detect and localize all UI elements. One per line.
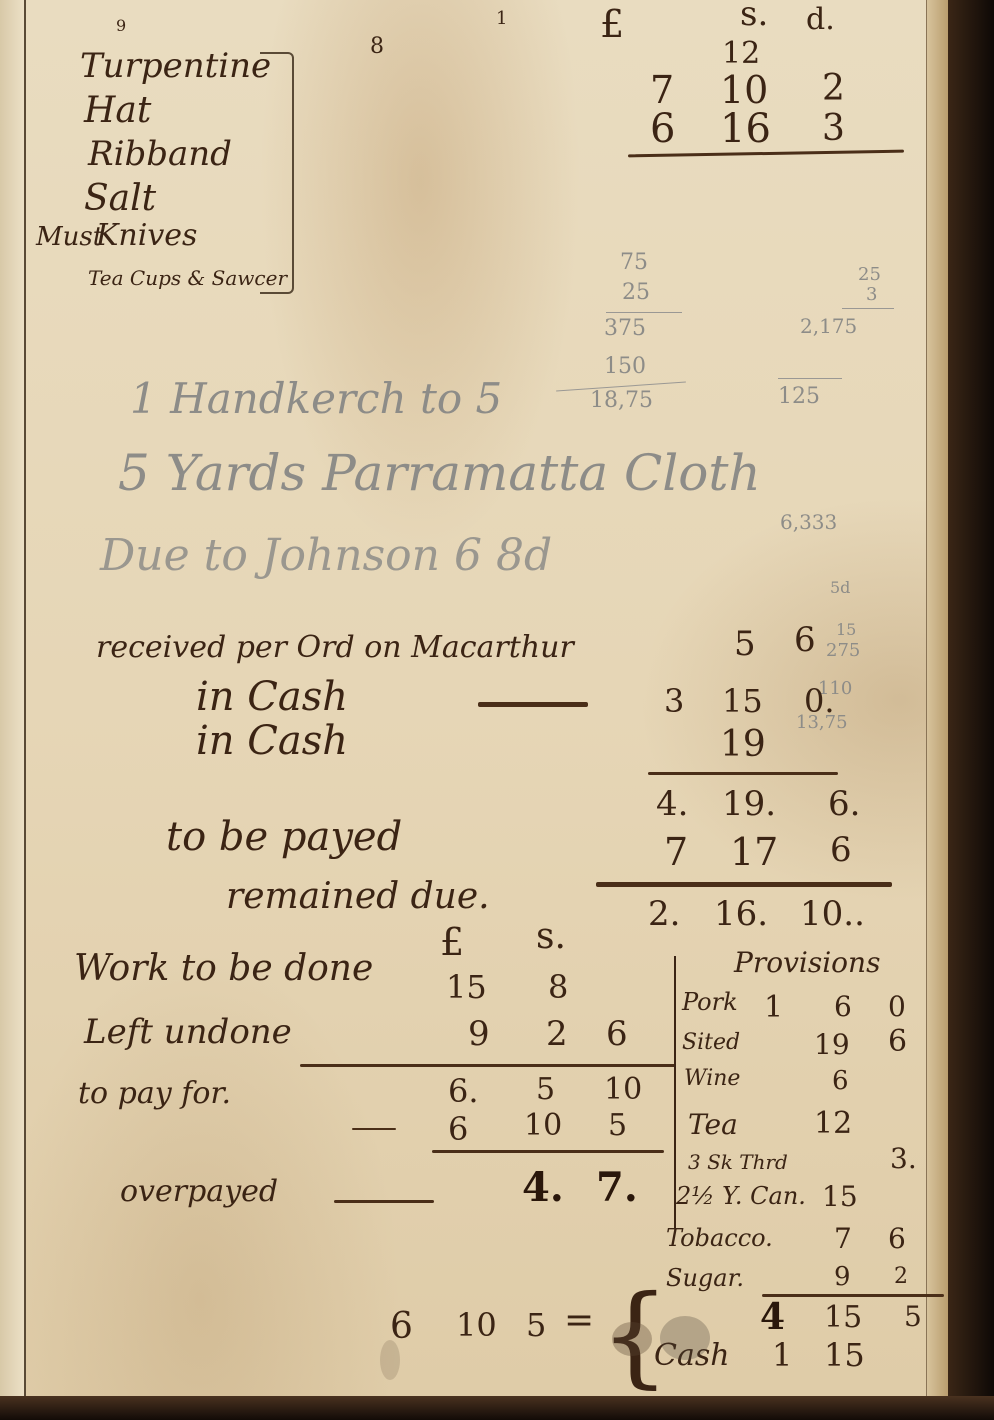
page-edge <box>926 0 949 1396</box>
sum-cell: 2 <box>822 68 845 109</box>
payed-cell: 17 <box>730 830 778 874</box>
sum-rule <box>300 1064 676 1067</box>
provisions-total-cell: 4 <box>760 1296 785 1338</box>
due-cell: 10.. <box>800 894 865 934</box>
pencil-line-parramatta-cloth: 5 Yards Parramatta Cloth <box>118 444 761 502</box>
subtotal-cell: 4. <box>656 784 688 824</box>
provision-cell: 19 <box>814 1028 850 1061</box>
provision-label: 2½ Y. Can. <box>676 1182 806 1210</box>
item-knives: Knives <box>96 218 197 253</box>
subtotal-cell: 6. <box>828 784 860 824</box>
pencil-rule <box>606 312 682 313</box>
sum-rule <box>648 772 838 775</box>
provision-cell: 6 <box>888 1222 906 1255</box>
work-cell: 10 <box>604 1072 642 1107</box>
receipt-cell: 5 <box>734 624 756 664</box>
work-cell: 6. <box>448 1072 479 1110</box>
provision-label: Wine <box>684 1066 740 1091</box>
ink-stain <box>380 1340 400 1380</box>
pound-symbol: £ <box>600 2 624 46</box>
pencil-calc: 18,75 <box>590 388 653 413</box>
sum-cell: 16 <box>720 106 771 152</box>
provision-label: Tobacco. <box>666 1224 773 1252</box>
pencil-rule <box>842 308 894 309</box>
item-tea-cups: Tea Cups & Sawcer <box>88 266 287 290</box>
equals-sign: = <box>564 1300 594 1341</box>
provision-label: 3 Sk Thrd <box>688 1150 788 1174</box>
pencil-line-handkerchief: 1 Handkerch to 5 <box>130 374 502 423</box>
pence-symbol: d. <box>806 2 835 37</box>
pencil-calc: 75 <box>620 250 648 275</box>
remained-due-label: remained due. <box>226 876 490 917</box>
overpayed-cell: 7. <box>596 1164 638 1211</box>
equation-cell: 10 <box>456 1306 497 1344</box>
provision-cell: 1 <box>764 990 783 1025</box>
dash-rule <box>478 702 588 707</box>
work-label: Work to be done <box>74 948 373 989</box>
work-label: overpayed <box>120 1174 278 1209</box>
book-cover-edge <box>0 1396 994 1420</box>
provisions-title: Provisions <box>734 946 880 979</box>
work-cell: 8 <box>548 968 568 1006</box>
cash-cell: 1 <box>772 1336 792 1374</box>
ink-stain <box>612 1322 652 1356</box>
sum-cell: 12 <box>722 36 760 71</box>
pencil-calc: 25 <box>622 280 650 305</box>
manuscript-page: 9 1 8 Turpentine Hat Ribband Salt Must K… <box>0 0 948 1396</box>
pencil-line-due-johnson: Due to Johnson 6 8d <box>100 530 552 581</box>
pencil-rule <box>778 378 842 379</box>
provision-cell: 3. <box>890 1142 917 1175</box>
item-ribband: Ribband <box>88 134 232 174</box>
provision-cell: 6 <box>888 1024 907 1059</box>
subtotal-cell: 19. <box>722 784 776 824</box>
dash-rule <box>334 1200 434 1203</box>
provision-label: Sugar. <box>666 1264 744 1292</box>
provisions-total-cell: 15 <box>824 1300 862 1335</box>
page-gutter <box>0 0 26 1396</box>
pencil-calc: 125 <box>778 384 820 409</box>
work-label: to pay for. <box>78 1076 231 1111</box>
margin-mark: 1 <box>496 8 507 29</box>
pencil-calc: 3 <box>866 284 877 305</box>
provision-cell: 0 <box>888 990 906 1023</box>
page-number: 8 <box>370 34 384 59</box>
pencil-calc: 275 <box>826 640 860 661</box>
work-cell: 9 <box>468 1014 490 1054</box>
work-cell: 6 <box>448 1110 468 1148</box>
pencil-calc: 2,175 <box>800 314 857 338</box>
sum-rule <box>596 882 892 887</box>
overpayed-cell: 4. <box>522 1164 564 1211</box>
due-cell: 16. <box>714 894 768 934</box>
pencil-calc: 150 <box>604 354 646 379</box>
ink-stain <box>660 1316 710 1360</box>
sum-cell: 6 <box>650 106 675 152</box>
work-cell: 2 <box>546 1014 568 1054</box>
work-cell: 15 <box>446 968 487 1006</box>
receipt-label: in Cash <box>196 718 348 764</box>
to-be-payed-label: to be payed <box>166 814 402 860</box>
equation-cell: 5 <box>526 1306 546 1344</box>
work-cell: 10 <box>524 1108 562 1143</box>
shilling-symbol: s. <box>536 916 566 957</box>
provision-cell: 7 <box>834 1222 852 1255</box>
sum-rule <box>762 1294 944 1297</box>
pencil-calc: 5d <box>830 578 850 597</box>
margin-mark: 9 <box>116 16 126 35</box>
receipt-cell: 15 <box>722 682 763 720</box>
provisions-total-cell: 5 <box>904 1300 922 1333</box>
book-cover-edge <box>948 0 994 1420</box>
pencil-calc: 25 <box>858 264 881 285</box>
provision-label: Pork <box>682 988 738 1016</box>
work-cell: 5 <box>536 1072 555 1107</box>
receipt-cell: 3 <box>664 682 684 720</box>
provision-cell: 6 <box>834 990 852 1023</box>
item-turpentine: Turpentine <box>80 46 271 86</box>
receipt-cell: 0. <box>804 682 835 720</box>
receipt-cell: 19 <box>720 724 766 765</box>
payed-cell: 7 <box>664 830 688 874</box>
receipt-label: received per Ord on Macarthur <box>96 630 574 665</box>
pencil-calc: 375 <box>604 316 646 341</box>
sum-rule <box>432 1150 664 1153</box>
due-cell: 2. <box>648 894 680 934</box>
shilling-symbol: s. <box>740 0 768 34</box>
provision-cell: 6 <box>832 1066 849 1096</box>
work-label: Left undone <box>84 1012 292 1052</box>
pencil-calc: 15 <box>836 620 856 639</box>
sum-cell: 3 <box>822 108 845 149</box>
provision-cell: 9 <box>834 1262 851 1292</box>
provision-cell: 2 <box>894 1264 908 1289</box>
receipt-label: in Cash <box>196 674 348 720</box>
provision-label: Sited <box>682 1030 740 1055</box>
pencil-calc: 6,333 <box>780 510 837 534</box>
item-salt: Salt <box>84 178 156 219</box>
provision-cell: 15 <box>822 1180 858 1213</box>
pound-symbol: £ <box>440 920 464 964</box>
item-knives-prefix: Must <box>36 222 103 252</box>
cash-cell: 15 <box>824 1336 865 1374</box>
item-hat: Hat <box>84 90 151 131</box>
work-cell: 5 <box>608 1108 627 1143</box>
dash-rule <box>352 1128 396 1130</box>
payed-cell: 6 <box>830 830 852 870</box>
provision-label: Tea <box>688 1108 738 1141</box>
items-bracket <box>260 52 294 294</box>
receipt-cell: 6 <box>794 620 816 660</box>
provision-cell: 12 <box>814 1106 852 1141</box>
work-cell: 6 <box>606 1014 628 1054</box>
